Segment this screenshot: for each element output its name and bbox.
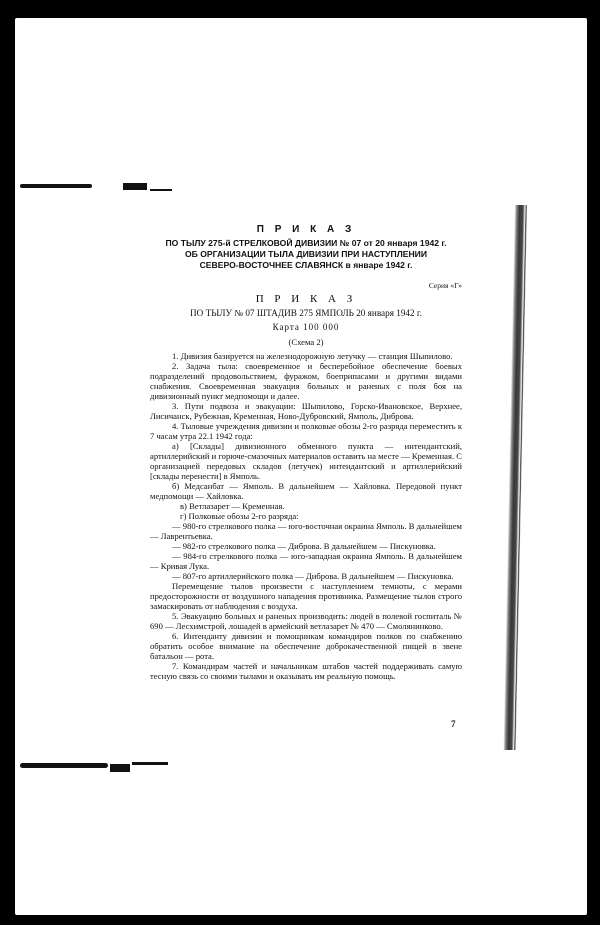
page-number: 7 (451, 719, 456, 729)
scan-artifact-top-left (20, 184, 92, 188)
paragraph: — 980-го стрелкового полка — юго-восточн… (150, 521, 462, 541)
document-body: П Р И К А З ПО ТЫЛУ 275-й СТРЕЛКОВОЙ ДИВ… (150, 224, 462, 681)
paragraph: 2. Задача тыла: своевременное и беспереб… (150, 361, 462, 401)
paragraph: 6. Интенданту дивизии и помощникам коман… (150, 631, 462, 661)
paragraph: — 807-го артиллерийского полка — Диброва… (150, 571, 462, 581)
scheme-label: (Схема 2) (150, 337, 462, 347)
paragraph: 7. Командирам частей и начальникам штабо… (150, 661, 462, 681)
header-line-3: СЕВЕРО-ВОСТОЧНЕЕ СЛАВЯНСК в январе 1942 … (150, 260, 462, 271)
paragraph: Перемещение тылов произвести с наступлен… (150, 581, 462, 611)
order-title: П Р И К А З (150, 294, 462, 304)
header-line-1: ПО ТЫЛУ 275-й СТРЕЛКОВОЙ ДИВИЗИИ № 07 от… (150, 238, 462, 249)
map-scale: Карта 100 000 (150, 322, 462, 332)
paragraph: в) Ветлазарет — Кременная. (150, 501, 462, 511)
paragraph: а) [Склады] дивизионного обменного пункт… (150, 441, 462, 481)
scan-artifact-bottom-mid (110, 764, 130, 772)
header-line-2: ОБ ОРГАНИЗАЦИИ ТЫЛА ДИВИЗИИ ПРИ НАСТУПЛЕ… (150, 249, 462, 260)
scan-artifact-bottom-left (20, 763, 108, 768)
paragraph: — 982-го стрелкового полка — Диброва. В … (150, 541, 462, 551)
header-title: П Р И К А З (150, 224, 462, 235)
series-label: Серия «Г» (150, 281, 462, 291)
paragraph: 1. Дивизия базируется на железнодорожную… (150, 351, 462, 361)
paragraph: — 984-го стрелкового полка — юго-западна… (150, 551, 462, 571)
paragraph: г) Полковые обозы 2-го разряда: (150, 511, 462, 521)
order-subtitle: ПО ТЫЛУ № 07 ШТАДИВ 275 ЯМПОЛЬ 20 января… (150, 308, 462, 318)
paragraph: 4. Тыловые учреждения дивизии и полковые… (150, 421, 462, 441)
paragraph: 3. Пути подвоза и эвакуации: Шыпилово, Г… (150, 401, 462, 421)
paragraph: 5. Эвакуацию больных и раненых производи… (150, 611, 462, 631)
scan-artifact-top-mid (123, 183, 147, 190)
scan-artifact-top-right (150, 189, 172, 191)
paragraph: б) Медсанбат — Ямполь. В дальнейшем — Ха… (150, 481, 462, 501)
scan-artifact-bottom-right (132, 762, 168, 765)
